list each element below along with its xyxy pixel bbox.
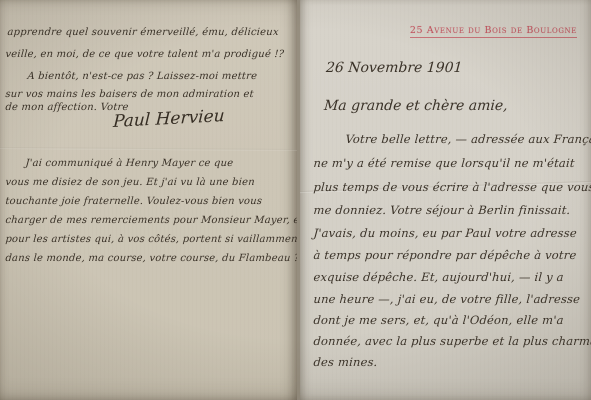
handwritten-line: J'ai communiqué à Henry Mayer ce que: [25, 158, 234, 169]
handwritten-line: pour les artistes qui, à vos côtés, port…: [5, 234, 297, 245]
letter-salutation: Ma grande et chère amie,: [323, 98, 508, 114]
letter-photo: apprendre quel souvenir émerveillé, ému,…: [0, 0, 591, 400]
handwritten-line: ne m'y a été remise que lorsqu'il ne m'é…: [313, 156, 575, 170]
handwritten-line: une heure —, j'ai eu, de votre fille, l'…: [313, 292, 581, 306]
handwritten-line: dont je me sers, et, qu'à l'Odéon, elle …: [313, 313, 564, 327]
handwritten-line: à temps pour répondre par dépêche à votr…: [313, 248, 577, 262]
handwritten-line: charger de mes remerciements pour Monsie…: [5, 215, 297, 226]
handwritten-line: J'avais, du moins, eu par Paul votre adr…: [313, 226, 577, 240]
handwritten-line: me donniez. Votre séjour à Berlin finiss…: [313, 203, 571, 217]
handwritten-line: sur vos mains les baisers de mon admirat…: [5, 89, 254, 100]
letterhead-address: 25 Avenue du Bois de Boulogne: [410, 25, 577, 38]
handwritten-line: plus temps de vous écrire à l'adresse qu…: [313, 180, 591, 194]
handwritten-line: veille, en moi, de ce que votre talent m…: [5, 49, 285, 60]
handwritten-line: vous me disiez de son jeu. Et j'ai vu là…: [5, 177, 255, 188]
signature-paul-hervieu: Paul Hervieu: [113, 106, 226, 132]
letter-page-left: apprendre quel souvenir émerveillé, ému,…: [0, 0, 297, 400]
handwritten-line: apprendre quel souvenir émerveillé, ému,…: [7, 27, 279, 38]
handwritten-line: des mines.: [313, 355, 378, 369]
handwritten-line: Votre belle lettre, — adressée aux Franç…: [345, 132, 591, 146]
handwritten-line: de mon affection. Votre: [5, 102, 129, 113]
handwritten-line: exquise dépêche. Et, aujourd'hui, — il y…: [313, 270, 564, 284]
letter-page-right: 25 Avenue du Bois de Boulogne 26 Novembr…: [300, 0, 591, 400]
handwritten-line: touchante joie fraternelle. Voulez-vous …: [5, 196, 263, 207]
letter-date: 26 Novembre 1901: [325, 60, 463, 76]
handwritten-line: dans le monde, ma course, votre course, …: [5, 253, 297, 264]
fold-crease: [0, 147, 297, 151]
handwritten-line: A bientôt, n'est-ce pas ? Laissez-moi me…: [27, 71, 258, 82]
handwritten-line: donnée, avec la plus superbe et la plus …: [313, 334, 591, 348]
